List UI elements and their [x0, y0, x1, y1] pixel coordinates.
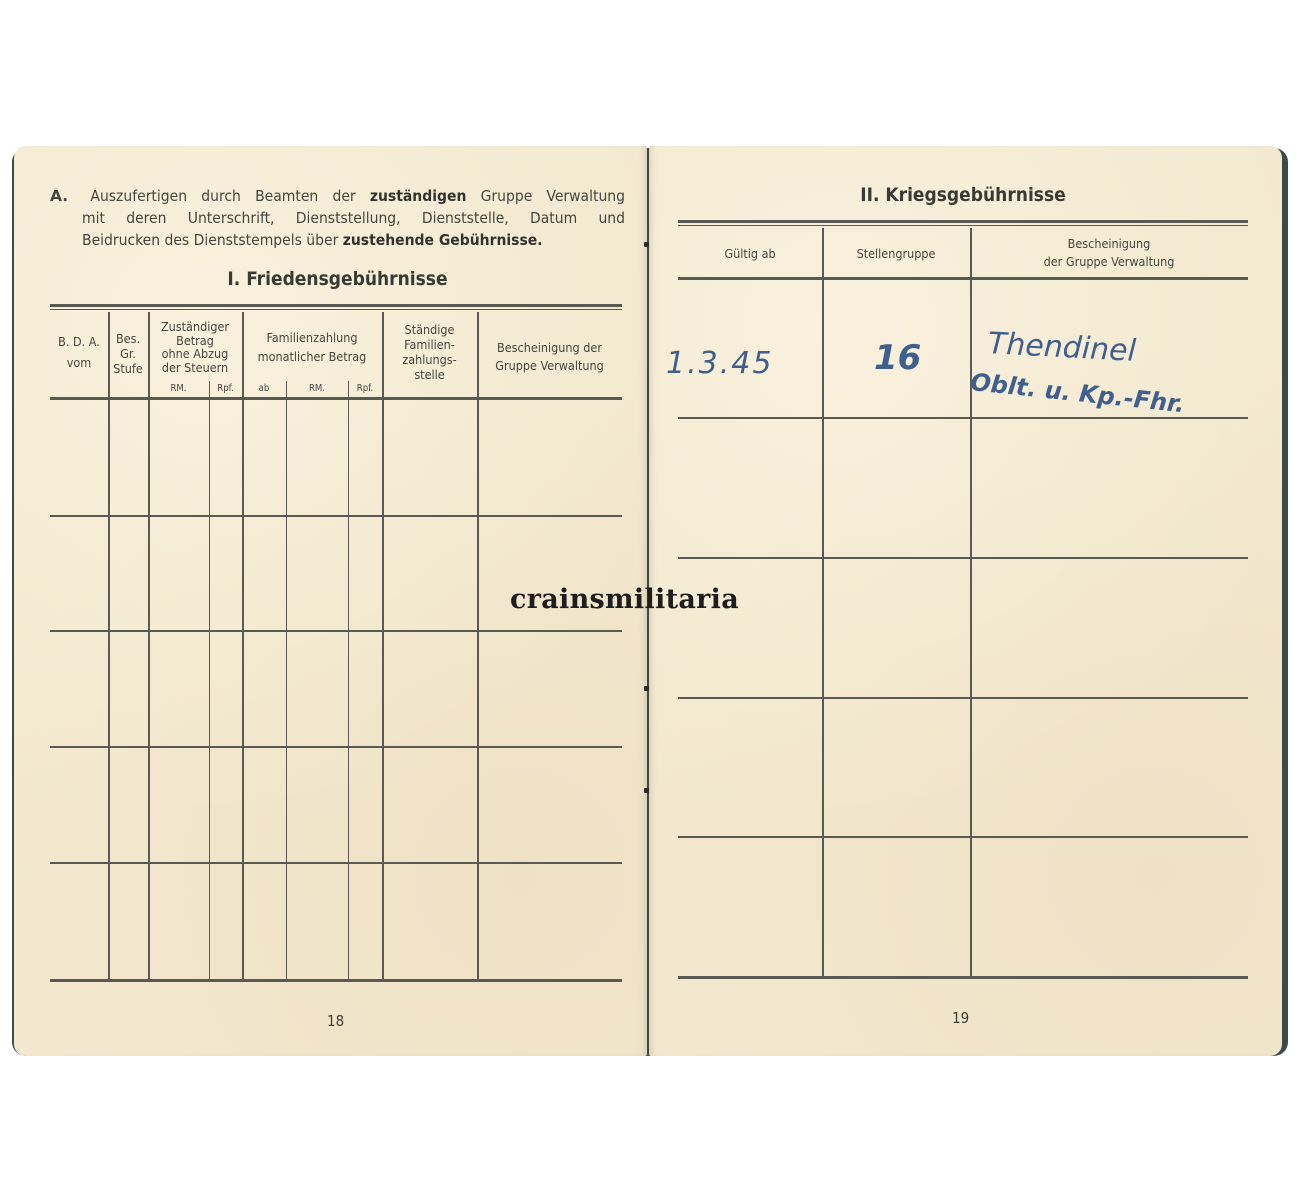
header-line: Stufe: [108, 361, 148, 376]
table-top-rule: [678, 220, 1248, 223]
header-line: Familien-: [382, 337, 477, 352]
table-header-rule: [50, 397, 622, 400]
header-bes-gr-stufe: Bes. Gr. Stufe: [108, 331, 148, 376]
section-title-friedensgebuehrnisse: I. Friedensgebührnisse: [50, 268, 625, 290]
staple-mark: [644, 686, 649, 691]
header-line: Bescheinigung der: [477, 340, 622, 355]
table-top-rule: [50, 304, 622, 307]
instruction-text: Auszufertigen durch Beamten der: [90, 187, 355, 205]
subheader-rm: RM.: [148, 383, 209, 394]
row-divider: [50, 746, 622, 748]
row-divider: [678, 417, 1248, 419]
header-line: Zuständiger: [148, 320, 242, 334]
table-bottom-rule: [678, 976, 1248, 979]
header-stellengruppe: Stellengruppe: [822, 246, 970, 261]
header-line: Gruppe Verwaltung: [477, 358, 622, 373]
entry-stellengruppe: 16: [874, 338, 921, 378]
header-line: vom: [50, 355, 108, 370]
entry-gueltig-ab: 1.3.45: [666, 346, 773, 381]
header-line: Betrag: [148, 334, 242, 348]
page-number-left: 18: [327, 1012, 344, 1030]
header-line: stelle: [382, 367, 477, 382]
subheader-rm: RM.: [286, 383, 348, 394]
section-title-kriegsgebuehrnisse: II. Kriegsgebührnisse: [678, 184, 1248, 206]
instruction-emphasis: zustehende Gebührnisse.: [343, 231, 543, 249]
header-line: Gr.: [108, 346, 148, 361]
right-page: [649, 146, 1282, 1056]
col-divider: [382, 312, 384, 979]
sub-col-divider: [209, 381, 210, 979]
header-gueltig-ab: Gültig ab: [678, 246, 822, 261]
table-top-rule-thin: [678, 225, 1248, 226]
header-line: ohne Abzug: [148, 347, 242, 361]
sub-col-divider: [348, 381, 349, 979]
header-line: Ständige: [382, 322, 477, 337]
watermark: crainsmilitaria: [510, 584, 739, 615]
header-line: Familienzahlung: [242, 330, 382, 345]
subheader-ab: ab: [242, 383, 286, 394]
subheader-rpf: Rpf.: [348, 383, 382, 394]
row-divider: [50, 630, 622, 632]
staple-mark: [644, 242, 649, 247]
header-staendige-familienzahlungsstelle: Ständige Familien- zahlungs- stelle: [382, 322, 477, 382]
page-number-right: 19: [952, 1009, 969, 1027]
instruction-emphasis: zuständigen: [370, 187, 466, 205]
header-bescheinigung: Bescheinigung der Gruppe Verwaltung: [477, 340, 622, 373]
table-header-rule: [678, 277, 1248, 280]
header-line: B. D. A.: [50, 334, 108, 349]
col-divider: [108, 312, 110, 979]
header-familienzahlung: Familienzahlung monatlicher Betrag: [242, 330, 382, 364]
sub-col-divider: [286, 381, 287, 979]
instruction-text: mit deren Unterschrift, Dienststellung, …: [50, 207, 625, 229]
header-line: monatlicher Betrag: [242, 349, 382, 364]
header-bda-vom: B. D. A. vom: [50, 334, 108, 370]
table-top-rule-thin: [50, 309, 622, 310]
header-line: Bescheinigung: [970, 236, 1248, 251]
subheader-rpf: Rpf.: [209, 383, 242, 394]
row-divider: [50, 862, 622, 864]
header-bescheinigung: Bescheinigung der Gruppe Verwaltung: [970, 236, 1248, 269]
row-divider: [678, 836, 1248, 838]
instruction-text: Beidrucken des Dienststempels über: [82, 231, 338, 249]
col-divider: [477, 312, 479, 979]
col-divider: [242, 312, 244, 979]
row-divider: [678, 557, 1248, 559]
instruction-block: A. Auszufertigen durch Beamten der zustä…: [50, 185, 625, 251]
table-bottom-rule: [50, 979, 622, 982]
header-line: zahlungs-: [382, 352, 477, 367]
col-divider: [970, 228, 972, 976]
header-zustaendiger-betrag: Zuständiger Betrag ohne Abzug der Steuer…: [148, 320, 242, 374]
col-divider: [822, 228, 824, 976]
instruction-text: Gruppe Verwaltung: [481, 187, 625, 205]
header-line: der Steuern: [148, 361, 242, 375]
row-divider: [50, 515, 622, 517]
header-line: der Gruppe Verwaltung: [970, 254, 1248, 269]
header-line: Bes.: [108, 331, 148, 346]
staple-mark: [644, 788, 649, 793]
instruction-label: A.: [50, 187, 68, 205]
col-divider: [148, 312, 150, 979]
row-divider: [678, 697, 1248, 699]
